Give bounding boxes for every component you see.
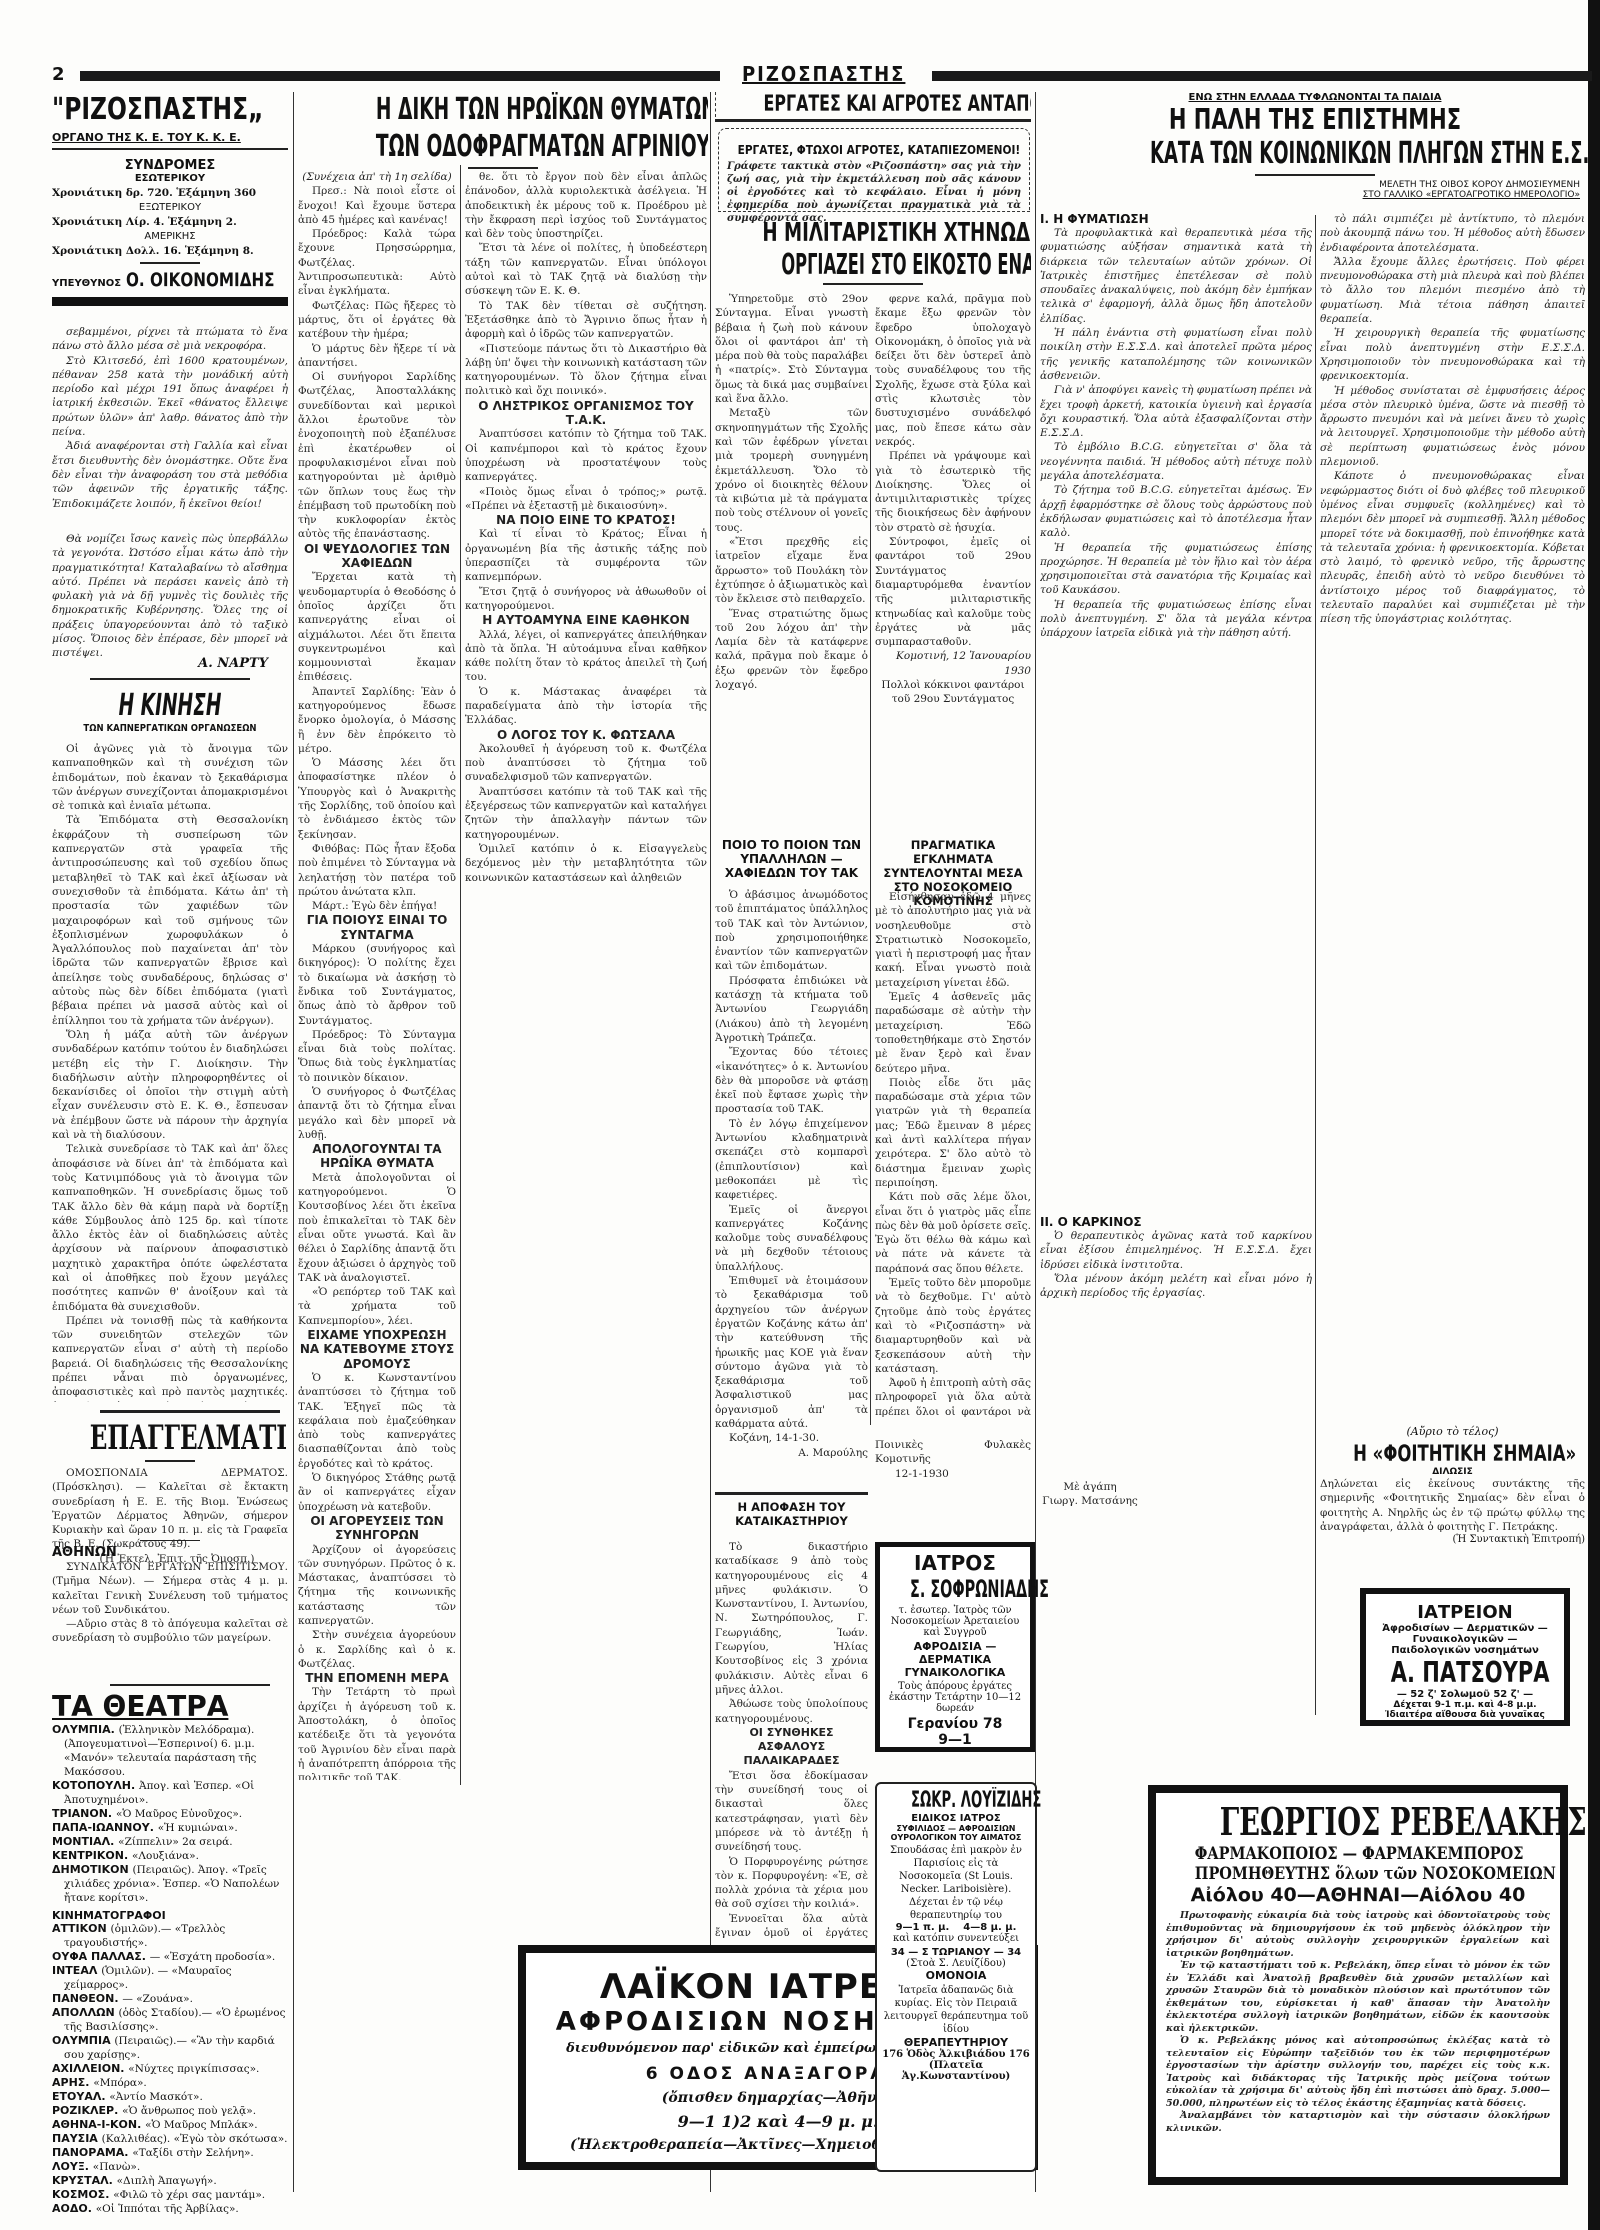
paragraph: Πρέπει νὰ τονισθῇ πὼς τὰ καθήκοντα τῶν σ… [52,1314,288,1402]
paragraph: τὸ πάλι σιμπιέζει μὲ ἀντίκτυπο, τὸ πλεμό… [1320,212,1585,255]
venue-name: ΡΟΖΙΚΛΕΡ. [52,2104,122,2117]
paragraph: Ἡ χειρουργικὴ θεραπεία τῆς φυματίωσης εἶ… [1320,326,1585,383]
paragraph: Ἀναλαμβάνει τὸν καταρτισμὸν καὶ τὴν σύστ… [1166,2110,1550,2135]
venue-name: ΕΤΟΥΑΛ. [52,2090,109,2103]
paragraph: Ἡ θεραπεία τῆς φυματιώσεως ἐπίσης προχώρ… [1040,541,1312,598]
venue-program: «Ὁ Μαῦρος Μπλάκ». [145,2119,257,2131]
paragraph: Ὁ Πορφυρογένης ρώτησε τὸν κ. Πορφυρογένη… [715,1855,868,1912]
venue-name: ΜΟΝΤΙΑΛ. [52,1835,118,1848]
paragraph: Ὁ κ. Ρεβελάκης μόνος καὶ αὐτοπροσώπως ἐκ… [1166,2035,1550,2110]
subheading: ΟΙ ΣΥΝΘΗΚΕΣ ΑΣΦΑΛΟΥΣ ΠΑΛΑΙΚΑΡΑΔΕΣ [715,1726,868,1769]
paragraph: Ἀρχίζουν οἱ ἀγορεύσεις τῶν συνηγόρων. Πρ… [298,1543,456,1629]
venue-name: ΔΗΜΟΤΙΚΟΝ [52,1863,133,1876]
listing-item: ΠΑΝΟΡΑΜΑ. «Ταξίδι στὴν Σελήνη». [52,2146,288,2160]
ad-specialty: ΟΥΡΟΛΟΓΙΚΟΝ ΤΟΥ ΑΙΜΑΤΟΣ [881,1833,1031,1842]
venue-name: ΟΛΥΜΠΙΑ. [52,1723,119,1736]
paragraph: Οἱ συνήγοροι Σαρλίδης Φωτζέλας, Ἀποσταλλ… [298,370,456,542]
subheading: Ο ΛΟΓΟΣ ΤΟΥ Κ. ΦΩΤΣΑΛΑ [465,728,707,742]
america-price: Χρονιάτικη Δολλ. 16. Ἑξάμηνη 8. [52,245,288,257]
rule [110,1684,270,1686]
venue-name: ΠΑΝΟΡΑΜΑ. [52,2146,132,2159]
subscriptions-heading: ΣΥΝΔΡΟΜΕΣ [52,158,288,173]
subheading: ΤΗΝ ΕΠΟΜΕΝΗ ΜΕΡΑ [298,1671,456,1685]
theatre-list: ΟΛΥΜΠΙΑ. (Ἑλληνικὸν Μελόδραμα). (Ἀπογευμ… [52,1723,288,1905]
science-col-1: Ι. Η ΦΥΜΑΤΙΩΣΗ Τὰ προφυλακτικὰ καὶ θεραπ… [1040,212,1312,1222]
signature: Γιωργ. Ματσάνης [1030,1494,1150,1508]
foreign-label: ΕΞΩΤΕΡΙΚΟΥ [52,202,288,213]
ad-address: 34 — Σ ΤΩΡΙΑΝΟΥ — 34 [881,1947,1031,1958]
venue-program: «Οἱ Ἱππόται τῆς Ἀρβίλας». [96,2203,239,2215]
ad-clinic-area: (Πλατεῖα Ἁγ.Κωνσταντίνου) [881,2060,1031,2082]
paragraph: Οἱ ἀγῶνες γιὰ τὸ ἄνοιγμα τῶν καπναποθηκῶ… [52,742,288,813]
venue-program: «Λουξιάνα». [132,1850,199,1862]
paragraph: θε. ὅτι τὸ ἔργον ποὺ δὲν εἶναι ἁπλῶς ἐπά… [465,170,707,241]
colophon: "ΡΙΖΟΣΠΑΣΤΗΣ„ ΟΡΓΑΝΟ ΤΗΣ Κ. Ε. ΤΟΥ Κ. Κ.… [52,92,288,306]
listing-item: ΠΑΠΑ-ΙΩΑΝΝΟΥ. «Ἡ κυμιώναι». [52,1821,288,1835]
movement-header: Η ΚΙΝΗΣΗ ΤΩΝ ΚΑΠΝΕΡΓΑΤΙΚΩΝ ΟΡΓΑΝΩΣΕΩΝ [52,688,288,734]
masthead-bar-left [80,71,720,81]
venue-program: «Νύχτες πριγκίπισσας». [128,2063,259,2075]
paragraph: Στὸ Κλιτσεδό, ἐπὶ 1600 κρατουμένων, πέθα… [52,354,288,440]
listing-item: ΚΟΤΟΠΟΥΛΗ. Ἀπογ. καὶ Ἑσπερ. «Οἱ Ἀποτυχημ… [52,1779,288,1807]
paragraph: Τὸ ζήτημα τοῦ B.C.G. εὐηγετεῖται ἀμέσως.… [1040,483,1312,540]
science-kicker: ΕΝΩ ΣΤΗΝ ΕΛΛΑΔΑ ΤΥΦΛΩΝΟΝΤΑΙ ΤΑ ΠΑΙΔΙΑ [1040,92,1590,103]
science-section-heading: ΙΙ. Ο ΚΑΡΚΙΝΟΣ [1040,1215,1312,1229]
science-col-1b: ΙΙ. Ο ΚΑΡΚΙΝΟΣ Ὁ θεραπευτικὸς ἀγῶνας κατ… [1040,1215,1312,1365]
ad-label: ΙΑΤΡΕΙΟΝ [1366,1602,1564,1623]
professional-section: ΕΠΑΓΓΕΛΜΑΤΙΚΑ ΟΜΟΣΠΟΝΔΙΑ ΔΕΡΜΑΤΟΣ. (Πρόσ… [52,1418,288,1655]
paragraph: Ἡ θεραπεία τῆς φυματιώσεως ἐπίσης εἶναι … [1040,598,1312,641]
rule [715,119,1031,122]
article-movement-body: Οἱ ἀγῶνες γιὰ τὸ ἄνοιγμα τῶν καπναποθηκῶ… [52,742,288,1402]
rule [90,678,250,680]
paragraph: Τὰ προφυλακτικὰ καὶ θεραπευτικὰ μέσα τῆς… [1040,226,1312,326]
paragraph: Τὸ ἐμβόλιο B.C.G. εὐηγετεῖται σ' ὅλα τὰ … [1040,440,1312,483]
venue-name: ΑΧΙΛΛΕΙΟΝ. [52,2062,128,2075]
venue-program: — «Ζουάνα». [122,1993,193,2005]
venue-program: «Ζίππελιν» 2α σειρά. [118,1836,232,1848]
subheading: ΝΑ ΠΟΙΟ ΕΙΝΕ ΤΟ ΚΡΑΤΟΣ! [465,513,707,527]
column-rule [1315,215,1316,1715]
ad-desc: τ. ἐσωτερ. Ἰατρὸς τῶν Νοσοκομείων Ἀρεται… [880,1603,1030,1640]
venue-name: ΟΛΥΜΠΙΑ [52,2034,114,2047]
listing-item: ΟΛΥΜΠΙΑ (Πειραιῶς).— «Ἂν τὴν καρδιά σου … [52,2034,288,2062]
science-section-heading: Ι. Η ΦΥΜΑΤΙΩΣΗ [1040,212,1312,226]
paragraph: Τὸ ἐν λόγῳ ἐπιχείμενον Ἀντωνίου κλαδηματ… [715,1117,868,1203]
listing-item: ΔΗΜΟΤΙΚΟΝ (Πειραιῶς). Ἀπογ. «Τρεῖς χιλιά… [52,1863,288,1905]
ad-title: ΦΑΡΜΑΚΟΠΟΙΟΣ — ΦΑΡΜΑΚΕΜΠΟΡΟΣ [1195,1844,1521,1864]
trial-header: Η ΔΙΚΗ ΤΩΝ ΗΡΩΪΚΩΝ ΘΥΜΑΤΩΝ ΤΩΝ ΟΔΟΦΡΑΓΜΑ… [298,92,708,169]
paragraph: Ὑπηρετοῦμε στὸ 29ον Σύνταγμα. Εἶναι γνωσ… [715,292,868,406]
paragraph: Ἀδιά αναφέρονται στὴ Γαλλία καὶ εἶναι ἔτ… [52,439,288,510]
ad-pharmacist-name: ΓΕΩΡΓΙΟΣ ΡΕΒΕΛΑΚΗΣ [1220,1799,1496,1844]
ad-title: ΠΡΟΜΗΘΕΥΤΗΣ ὅλων τῶν ΝΟΣΟΚΟΜΕΙΩΝ [1195,1864,1521,1884]
correspondents-callout: ΕΡΓΑΤΕΣ, ΦΤΩΧΟΙ ΑΓΡΟΤΕΣ, ΚΑΤΑΠΙΕΖΟΜΕΝΟΙ!… [718,128,1030,212]
paragraph: Γιὰ ν' ἀποφύγει κανεὶς τὴ φυματίωση πρέπ… [1040,383,1312,440]
paragraph: Τὴν Τετάρτη τὸ πρωὶ ἀρχίζει ἡ ἀγόρευση τ… [298,1685,456,1780]
ad-louizidis: ΣΩΚΡ. ΛΟΥΪΖΙΔΗΣ ΕΙΔΙΚΟΣ ΙΑΤΡΟΣ ΣΥΦΙΛΙΔΟΣ… [875,1782,1037,2172]
paragraph: Πρωτοφανὴς εὐκαιρία διὰ τοὺς ἰατροὺς καὶ… [1166,1910,1550,1960]
page-number: 2 [52,64,65,85]
venue-name: ΑΡΗΣ. [52,2076,93,2089]
place: Ποινικὲς Φυλακὲς Κομοτινῆς [875,1438,1031,1467]
venue-name: ΑΠΟΛΛΩΝ [52,2006,118,2019]
ad-address: — 52 ζ' Σολωμοῦ 52 ζ' — [1366,1689,1564,1700]
science-header: ΕΝΩ ΣΤΗΝ ΕΛΛΑΔΑ ΤΥΦΛΩΝΟΝΤΑΙ ΤΑ ΠΑΙΔΙΑ Η … [1040,92,1590,200]
military-col-1: Ὑπηρετοῦμε στὸ 29ον Σύνταγμα. Εἶναι γνωσ… [715,292,868,832]
paragraph: ΟΜΟΣΠΟΝΔΙΑ ΔΕΡΜΑΤΟΣ. (Πρόσκλησι). — Καλε… [52,1466,288,1552]
paragraph: Ἔχοντας δύο τέτοιες «ἱκανότητες» ὁ κ. Ἀν… [715,1045,868,1116]
professional-headline: ΕΠΑΓΓΕΛΜΑΤΙΚΑ [90,1418,250,1458]
paragraph: Εἰσήχθησαν ἐδῶ 4 μῆνες μὲ τὸ ἀπολυτήριο … [875,890,1031,990]
domestic-label: ΕΣΩΤΕΡΙΚΟΥ [52,173,288,184]
paragraph: Τὸ δικαστήριο καταδίκασε 9 ἀπὸ τοὺς κατη… [715,1540,868,1697]
column-rule [460,165,461,1785]
movement-subheadline: ΤΩΝ ΚΑΠΝΕΡΓΑΤΙΚΩΝ ΟΡΓΑΝΩΣΕΩΝ [70,723,271,734]
paragraph: Ὁ συνήγορος ὁ Φωτζέλας ἀπαντᾷ ὅτι τὸ ζήτ… [298,1085,456,1142]
venue-name: ΠΑΝΘΕΟΝ. [52,1992,122,2005]
listing-item: ΙΝΤΕΑΛ (Ὁμιλῶν). — «Μαυραῖος χείμαρρος». [52,1964,288,1992]
paragraph: Ἐννοεῖται ὅλα αὐτὰ ἔγιναν ὁμοῦ οἱ ἐργάτε… [715,1912,868,1940]
paragraph: Ἔτσι ὅσα ἐδοκίμασαν τὴν συνείδησή τους ο… [715,1769,868,1855]
listing-item: ΚΕΝΤΡΙΚΟΝ. «Λουξιάνα». [52,1849,288,1863]
paragraph: Ἔτσι ζητᾷ ὁ συνήγορος νὰ ἀθωωθοῦν οἱ κατ… [465,585,707,614]
foreign-price: Χρονιάτικη Λίρ. 4. Ἑξάμηνη 2. [52,216,288,228]
theatres-section: ΤΑ ΘΕΑΤΡΑ ΟΛΥΜΠΙΑ. (Ἑλληνικὸν Μελόδραμα)… [52,1690,288,2216]
ad-address: Αἰόλου 40—ΑΘΗΝΑΙ—Αἰόλου 40 [1166,1884,1550,1906]
paragraph: Ὁ δικηγόρος Στάθης ρωτᾷ ἂν οἱ καπνεργάτε… [298,1471,456,1514]
date: 12-1-1930 [875,1467,1031,1481]
paragraph: Πρόεδρος: Τὸ Σύνταγμα εἶναι διὰ τοὺς πολ… [298,1028,456,1085]
students-notice: Η «ΦΟΙΤΗΤΙΚΗ ΣΗΜΑΙΑ» ΔΙΛΩΣΙΣ Δηλώνεται ε… [1320,1442,1585,1545]
subheading: Ο ΛΗΣΤΡΙΚΟΣ ΟΡΓΑΝΙΣΜΟΣ ΤΟΥ Τ.Α.Κ. [465,399,707,428]
paragraph: Ἄλλα ἔχουμε ἄλλες ἐρωτήσεις. Ποὺ φέρει π… [1320,255,1585,326]
venue-program: — «Ἐσχάτη προδοσία». [150,1951,275,1963]
venue-program: «Φιλῶ τὸ χέρι σας μαντάμ». [113,2189,265,2201]
science-byline: ΜΕΛΕΤΗ ΤΗΣ ΟΙΒΟΣ ΚΟΡΟΥ ΔΗΜΟΣΙΕΥΜΕΝΗ [1040,180,1590,190]
subheading: ΟΙ ΑΓΟΡΕΥΣΕΙΣ ΤΩΝ ΣΥΝΗΓΟΡΩΝ [298,1514,456,1543]
paragraph: Ἀλλά, λέγει, οἱ καπνεργάτες ἀπειλήθηκαν … [465,628,707,685]
hospital-signoff: Μὲ ἀγάπη Γιωργ. Ματσάνης [1030,1480,1150,1509]
paragraph: Ὁ ἀβάσιμος ἀνωμόδοτος τοῦ ἐπιπτάματος ὑπ… [715,888,868,974]
ad-label: ΙΑΤΡΟΣ [880,1551,1030,1575]
correspondents-banner: ΕΡΓΑΤΕΣ ΚΑΙ ΑΓΡΟΤΕΣ ΑΝΤΑΠΟΚΡΙΤΕΣ [715,92,1031,122]
students-body: Δηλώνεται εἰς ἐκείνους συντάκτης τῆς σημ… [1320,1477,1585,1534]
ad-label: ΕΙΔΙΚΟΣ ΙΑΤΡΟΣ [881,1813,1031,1824]
ad-clinic-address: 176 Ὁδὸς Ἀλκιβιάδου 176 [881,2049,1031,2060]
ad-address: (Στοὰ Σ. Λευίζίδου) [881,1958,1031,1969]
paragraph: Ἀναπτύσσει κατόπιν τὰ τοῦ ΤΑΚ καὶ τῆς ἐξ… [465,785,707,842]
paragraph: Φιθόβας: Πῶς ἦταν ἔξοδα ποὺ ἐπιμένει τὸ … [298,842,456,899]
rule [140,262,200,264]
paragraph: —Αὔριο στὰς 8 τὸ ἀπόγευμα καλεῖται σὲ συ… [52,1617,288,1646]
military-headline-1: Η ΜΙΛΙΤΑΡΙΣΤΙΚΗ ΧΤΗΝΩΔΙΑ [762,218,983,248]
rule [145,1460,195,1462]
venue-name: ΙΝΤΕΑΛ [52,1964,101,1977]
paragraph: Ἐπιθυμεῖ νὰ ἑτοιμάσουν τὸ ξεκαθάρισμα το… [715,1274,868,1431]
listing-item: ΜΟΝΤΙΑΛ. «Ζίππελιν» 2α σειρά. [52,1835,288,1849]
masthead: 2 ΡΙΖΟΣΠΑΣΤΗΣ [52,66,1592,86]
paragraph: Φωτζέλας: Πῶς ἤξερες τὸ μάρτυς, ὅτι οἱ ἐ… [298,299,456,342]
paragraph: Ποιὸς εἶδε ὅτι μᾶς παραδώσαμε στὰ χέρια … [875,1076,1031,1190]
listing-item: ΑΟΔΟ. «Οἱ Ἱππόται τῆς Ἀρβίλας». [52,2202,288,2216]
ad-doctor-name: Α. ΠΑΤΣΟΥΡΑ [1391,1656,1540,1689]
venue-name: ΑΘΗΝΑ-Ι-ΚΟΝ. [52,2118,145,2131]
paragraph: Ὁμιλεῖ κατόπιν ὁ κ. Εἰσαγγελεὺς δεχόμενο… [465,842,707,885]
paragraph: Ἕνας στρατιώτης ὅμως τοῦ 2ου λόχου ἀπ' τ… [715,607,868,693]
paragraph: Τὰ Ἐπιδόματα στὴ Θεσσαλονίκη ἐκφράζουν τ… [52,813,288,1027]
athens-notices: ΣΥΝΔΙΚΑΤΟΝ ΕΡΓΑΤΩΝ ΕΠΙΣΙΤΙΣΜΟΥ. (Τμῆμα Ν… [52,1560,288,1655]
venue-program: «Ἀντίο Μασκότ». [109,2091,202,2103]
paragraph: Ὁ μάρτυς δὲν ἤξερε τί νὰ ἀπαντήσει. [298,342,456,371]
subheading: ΓΙΑ ΠΟΙΟΥΣ ΕΙΝΑΙ ΤΟ ΣΥΝΤΑΓΜΑ [298,913,456,942]
paragraph: «Ἔτσι πρεχθῆς εἰς ἰατρεῖον εἴχαμε ἕνα ἄρ… [715,535,868,606]
callout-title: ΕΡΓΑΤΕΣ, ΦΤΩΧΟΙ ΑΓΡΟΤΕΣ, ΚΑΤΑΠΙΕΖΟΜΕΝΟΙ! [738,143,1011,157]
column-rule [293,92,294,2192]
venue-program: «Ὁ ἄνθρωπος ποὺ γελᾷ». [122,2105,256,2117]
ad-note: Ἰατρεῖα ἀδαπανῶς διὰ κυρίας. Εἰς τὸν Πει… [881,1984,1031,2036]
science-headline-1: Η ΠΑΛΗ ΤΗΣ ΕΠΙΣΤΗΜΗΣ [1109,103,1522,136]
paragraph: Ὅλη ἡ μάζα αὐτὴ τῶν ἀνέργων συνδαδέρων κ… [52,1028,288,1142]
paragraph: Μάρκου (συνήγορος καὶ δικηγόρος): Ὁ πολί… [298,942,456,1028]
venue-name: ΚΟΤΟΠΟΥΛΗ. [52,1779,139,1792]
movement-headline: Η ΚΙΝΗΣΗ [97,688,243,723]
rule [823,283,923,285]
venue-name: ΠΑΥΣΙΑ [52,2132,102,2145]
paragraph: Ἐμεῖς οἱ ἄνεργοι καπνεργάτες Κοζάνης καλ… [715,1203,868,1274]
decision-section: Η ΑΠΟΦΑΣΗ ΤΟΥ ΚΑΤΑΙΚΑΣΤΗΡΙΟΥ [715,1500,868,1528]
military-col-2: φερνε καλά, πρᾶγμα ποὺ ἔκαμε ἔξω φρενῶν … [875,292,1031,832]
hospital-body: Εἰσήχθησαν ἐδῶ 4 μῆνες μὲ τὸ ἀπολυτήριο … [875,890,1031,1420]
rule [468,167,538,169]
paragraph: «Ποιὸς ὅμως εἶναι ὁ τρόπος;» ρωτᾷ. «Πρέπ… [465,485,707,514]
venue-name: ΚΕΝΤΡΙΚΟΝ. [52,1849,132,1862]
paragraph: Ἐμεῖς τοῦτο δὲν μποροῦμε νὰ τὸ δεχθοῦμε.… [875,1276,1031,1376]
narty-signature: Α. ΝΑΡΤΥ [52,656,288,671]
paragraph: Ὁ Μάσσης λέει ὅτι ἀποφασίστηκε πλέον ὁ Ὑ… [298,756,456,842]
cinemas-label: ΚΙΝΗΜΑΤΟΓΡΑΦΟΙ [52,1909,288,1922]
paragraph: Πρεσ.: Νὰ ποιοὶ εἶστε οἱ ἔνοχοι! Καὶ ἔχο… [298,184,456,227]
listing-item: ΤΡΙΑΝΟΝ. «Ὁ Μαῦρος Εὐνοῦχος». [52,1807,288,1821]
paragraph: Ὁ κ. Κωνσταντίνου ἀναπτύσσει τὸ ζήτημα τ… [298,1371,456,1471]
paragraph: Ὁ θεραπευτικὸς ἀγῶνας κατὰ τοῦ καρκίνου … [1040,1229,1312,1272]
science-headline-2: ΚΑΤΑ ΤΩΝ ΚΟΙΝΩΝΙΚΩΝ ΠΛΗΓΩΝ ΣΤΗΝ Ε.Σ.Σ.Δ. [1150,136,1480,171]
paragraph: Ἡ μέθοδος συνίσταται σὲ ἐμφυσήσεις ἀέρος… [1320,384,1585,470]
venue-program: «Πανὼ». [93,2161,140,2173]
hospital-footer: Ποινικὲς Φυλακὲς Κομοτινῆς 12-1-1930 [875,1438,1031,1481]
listing-item: ΠΑΥΣΙΑ (Καλλιθέας). «Ἐγὼ τὸν σκότωσα». [52,2132,288,2146]
science-col-2: τὸ πάλι σιμπιέζει μὲ ἀντίκτυπο, τὸ πλεμό… [1320,212,1585,1432]
paragraph: Ἀθώωσε τοὺς ὑπολοίπους κατηγορουμένους. [715,1697,868,1726]
listing-item: ΑΘΗΝΑ-Ι-ΚΟΝ. «Ὁ Μαῦρος Μπλάκ». [52,2118,288,2132]
ad-revelakis: ΓΕΩΡΓΙΟΣ ΡΕΒΕΛΑΚΗΣ ΦΑΡΜΑΚΟΠΟΙΟΣ — ΦΑΡΜΑΚ… [1148,1785,1568,2185]
ad-hours: 9—1 [880,1732,1030,1748]
theatres-headline: ΤΑ ΘΕΑΤΡΑ [52,1690,288,1723]
decision-headline: Η ΑΠΟΦΑΣΗ ΤΟΥ ΚΑΤΑΙΚΑΣΤΗΡΙΟΥ [715,1500,868,1528]
venue-name: ΠΑΠΑ-ΙΩΑΝΝΟΥ. [52,1821,158,1834]
rule [100,1410,280,1413]
ad-doctor-name: ΣΩΚΡ. ΛΟΥΪΖΙΔΗΣ [911,1788,1001,1813]
venue-program: (Καλλιθέας). «Ἐγὼ τὸν σκότωσα». [102,2133,288,2145]
listing-item: ΚΟΣΜΟΣ. «Φιλῶ τὸ χέρι σας μαντάμ». [52,2188,288,2202]
ad-address: Γερανίου 78 [880,1716,1030,1732]
paragraph: Τὸ ΤΑΚ δὲν τίθεται σὲ συζήτηση. Ἐξετάσθη… [465,299,707,342]
venue-name: ΑΤΤΙΚΟΝ [52,1922,111,1935]
article-narty: σεβαμμένοι, ρίχνει τὰ πτώματα τὸ ἕνα πάν… [52,325,288,535]
listing-item: ΟΛΥΜΠΙΑ. (Ἑλληνικὸν Μελόδραμα). (Ἀπογευμ… [52,1723,288,1779]
paragraph: Ἡ πάλη ἐνάντια στὴ φυματίωση εἶναι πολὺ … [1040,326,1312,383]
paragraph: Σύντροφοι, ἐμεῖς οἱ φαντάροι τοῦ 29ου Συ… [875,535,1031,649]
column-rule [710,92,711,2192]
paragraph: «Ὁ ρεπόρτερ τοῦ ΤΑΚ καὶ τὰ χρήματα τοῦ Κ… [298,1285,456,1328]
paragraph: Θὰ νομίζει ἴσως κανεὶς πὼς ὑπερβάλλω τὰ … [52,532,288,658]
listing-item: ΚΡΥΣΤΑΛ. «Διπλὴ Ἀπαγωγή». [52,2174,288,2188]
place-date: Κοζάνη, 14-1-30. [715,1431,868,1445]
signature: Α. Μαρούλης [715,1446,868,1460]
ad-hours: Δέχεται 9-1 π.μ. καὶ 4-8 μ.μ. [1366,1700,1564,1710]
correspondents-headline: ΕΡΓΑΤΕΣ ΚΑΙ ΑΓΡΟΤΕΣ ΑΝΤΑΠΟΚΡΙΤΕΣ [764,92,988,117]
ad-specialty: ΣΥΦΙΛΙΔΟΣ — ΑΦΡΟΔΙΣΙΩΝ [881,1824,1031,1833]
venue-program: «Ταξίδι στὴν Σελήνη». [132,2147,253,2159]
students-subheadline: ΔΙΛΩΣΙΣ [1320,1467,1585,1477]
ad-body: Σπουδάσας ἐπὶ μακρὸν ἐν Παρισίοις εἰς τὰ… [881,1844,1031,1922]
venue-name: ΟΥΦΑ ΠΑΛΛΑΣ. [52,1950,150,1963]
trial-headline-2: ΤΩΝ ΟΔΟΦΡΑΓΜΑΤΩΝ ΑΓΡΙΝΙΟΥ ΣΤΗΝ ΠΑΤΡΑ [376,129,630,164]
ad-specialty: ΑΦΡΟΔΙΣΙΑ — ΔΕΡΜΑΤΙΚΑ [880,1640,1030,1666]
venue-name: ΛΟΥΞ. [52,2160,93,2173]
page-edge [1588,0,1600,2230]
paragraph: φερνε καλά, πρᾶγμα ποὺ ἔκαμε ἔξω φρενῶν … [875,292,1031,449]
venue-program: «Διπλὴ Ἀπαγωγή». [117,2175,217,2187]
masthead-bar-right [932,71,1592,81]
rule [715,1492,868,1495]
ad-district: ΟΜΟΝΟΙΑ [881,1969,1031,1982]
domestic-price: Χρονιάτικη δρ. 720. Ἑξάμηνη 360 [52,187,288,199]
newspaper-page: 2 ΡΙΖΟΣΠΑΣΤΗΣ "ΡΙΖΟΣΠΑΣΤΗΣ„ ΟΡΓΑΝΟ ΤΗΣ Κ… [0,0,1600,2230]
paragraph: Ἀκολουθεῖ ἡ ἀγόρευση τοῦ κ. Φωτζέλα ποὺ … [465,742,707,785]
listing-item: ΑΡΗΣ. «Μπόρα». [52,2076,288,2090]
paragraph: Πρέπει νὰ γράψουμε καὶ γιὰ τὸ ἐσωτερικὸ … [875,449,1031,535]
paragraph: Ὁ κ. Μάστακας ἀναφέρει τὰ παραδείγματα ἀ… [465,685,707,728]
colophon-subtitle: ΟΡΓΑΝΟ ΤΗΣ Κ. Ε. ΤΟΥ Κ. Κ. Ε. [52,131,288,144]
trial-headline-1: Η ΔΙΚΗ ΤΩΝ ΗΡΩΪΚΩΝ ΘΥΜΑΤΩΝ [376,92,630,127]
paragraph: Ἐμεῖς 4 ἀσθενεῖς μᾶς παραδώσαμε σὲ αὐτὴν… [875,990,1031,1076]
continued-note: (Συνέχεια ἀπ' τὴ 1η σελίδα) [298,170,456,184]
trial-col-2: θε. ὅτι τὸ ἔργον ποὺ δὲν εἶναι ἁπλῶς ἐπά… [465,170,707,1780]
decision-body: Τὸ δικαστήριο καταδίκασε 9 ἀπὸ τοὺς κατη… [715,1540,868,1940]
venue-program: «Μπόρα». [93,2077,146,2089]
subheading: ΑΠΟΛΟΓΟΥΝΤΑΙ ΤΑ ΗΡΩΪΚΑ ΘΥΜΑΤΑ [298,1142,456,1171]
editor-label: ΥΠΕΥΘΥΝΟΣ [52,278,121,289]
paragraph: Μεταξὺ τῶν σκηνοπηγμάτων τῆς Σχολῆς καὶ … [715,406,868,535]
editor-line: ΥΠΕΥΘΥΝΟΣ Ο. ΟΙΚΟΝΟΜΙΔΗΣ [52,269,288,291]
paragraph: Μάρτ.: Ἐγὼ δὲν ἐπήγα! [298,899,456,913]
listing-item: ΡΟΖΙΚΛΕΡ. «Ὁ ἄνθρωπος ποὺ γελᾷ». [52,2104,288,2118]
ad-desc: Ἀφροδισίων — Δερματικῶν — Γυναικολογικῶν… [1366,1623,1564,1656]
ad-sofroniadis: ΙΑΤΡΟΣ Σ. ΣΟΦΡΩΝΙΑΔΗΣ τ. ἐσωτερ. Ἰατρὸς … [875,1542,1035,1752]
ad-note: Ἰδιαιτέρα αἴθουσα διὰ γυναῖκας [1366,1710,1564,1720]
listing-item: ΑΤΤΙΚΟΝ (ὁμιλῶν).— «Τρελλὸς τραγουδιστής… [52,1922,288,1950]
article-narty-end: Θὰ νομίζει ἴσως κανεὶς πὼς ὑπερβάλλω τὰ … [52,532,288,658]
cinema-list: ΑΤΤΙΚΟΝ (ὁμιλῶν).— «Τρελλὸς τραγουδιστής… [52,1922,288,2216]
paragraph: Πρόσφατα ἐπιδιώκει νὰ κατάσχῃ τὰ κτήματα… [715,974,868,1045]
place-date: Κομοτινή, 12 Ἰανουαρίου 1930 [875,649,1031,678]
thick-rule [52,297,288,306]
venue-name: ΑΟΔΟ. [52,2202,96,2215]
military-headline-2: ΟΡΓΙΑΖΕΙ ΣΤΟ ΕΙΚΟΣΤΟ ΕΝΑΤΟ ΣΥΝΤΑΓΜΑ [781,248,964,281]
ad-patsoura: ΙΑΤΡΕΙΟΝ Ἀφροδισίων — Δερματικῶν — Γυναι… [1360,1588,1570,1726]
ad-note: Τοὺς ἀπόρους ἐργάτες ἐκάστην Τετάρτην 10… [880,1679,1030,1716]
venue-name: ΤΡΙΑΝΟΝ. [52,1807,116,1820]
subheading: ΟΙ ΨΕΥΔΟΛΟΓΙΕΣ ΤΩΝ ΧΑΦΙΕΔΩΝ [298,542,456,571]
listing-item: ΑΧΙΛΛΕΙΟΝ. «Νύχτες πριγκίπισσας». [52,2062,288,2076]
students-headline: Η «ΦΟΙΤΗΤΙΚΗ ΣΗΜΑΙΑ» [1353,1442,1552,1467]
rule [1255,174,1375,176]
paragraph: Κάποτε ὁ πνευμονοθώρακας εἶναι νεφώρμαστ… [1320,469,1585,626]
venue-name: ΚΟΣΜΟΣ. [52,2188,113,2201]
paragraph: Στὴν συνέχεια ἀγορεύουν ὁ κ. Σαρλίδης κα… [298,1628,456,1671]
america-label: ΑΜΕΡΙΚΗΣ [52,231,288,242]
continued-note: (Αὔριο τὸ τέλος) [1320,1425,1585,1438]
paragraph: σεβαμμένοι, ρίχνει τὰ πτώματα τὸ ἕνα πάν… [52,325,288,354]
closing: Μὲ ἀγάπη [1030,1480,1150,1494]
listing-item: ΑΠΟΛΛΩΝ (ὁδὸς Σταδίου).— «Ὁ ἐρωμένος τῆς… [52,2006,288,2034]
ad-appointment: καὶ κατόπιν συνεντεύξει [881,1933,1031,1944]
paragraph: Ἔτσι τὰ λένε οἱ πολίτες, ἡ ὑποδεέστερη τ… [465,241,707,298]
colophon-title: "ΡΙΖΟΣΠΑΣΤΗΣ„ [52,92,236,127]
editor-name: Ο. ΟΙΚΟΝΟΜΙΔΗΣ [126,269,275,291]
paragraph: ΣΥΝΔΙΚΑΤΟΝ ΕΡΓΑΤΩΝ ΕΠΙΣΙΤΙΣΜΟΥ. (Τμῆμα Ν… [52,1560,288,1617]
subheading: Η ΑΥΤΟΑΜΥΝΑ ΕΙΝΕ ΚΑΘΗΚΟΝ [465,613,707,627]
paragraph: Ἀναπτύσσει κατόπιν τὸ ζήτημα τοῦ ΤΑΚ. Οἱ… [465,427,707,484]
who-header: ΠΟΙΟ ΤΟ ΠΟΙΟΝ ΤΩΝ ΥΠΑΛΛΗΛΩΝ — ΧΑΦΙΕΔΩΝ Τ… [715,838,868,880]
military-header: Η ΜΙΛΙΤΑΡΙΣΤΙΚΗ ΧΤΗΝΩΔΙΑ ΟΡΓΙΑΖΕΙ ΣΤΟ ΕΙ… [715,218,1031,285]
paragraph: Καὶ τί εἶναι τὸ Κράτος; Εἶναι ἡ ὀργανωμέ… [465,527,707,584]
subheading: ΕΙΧΑΜΕ ΥΠΟΧΡΕΩΣΗ ΝΑ ΚΑΤΕΒΟΥΜΕ ΣΤΟΥΣ ΔΡΟΜ… [298,1328,456,1371]
students-signature: (Ἡ Συντακτικὴ Ἐπιτροπή) [1320,1534,1585,1545]
venue-name: ΚΡΥΣΤΑΛ. [52,2174,117,2187]
paragraph: «Πιστεύομε πάντως ὅτι τὸ Δικαστήριο θὰ λ… [465,342,707,399]
who-body: Ὁ ἀβάσιμος ἀνωμόδοτος τοῦ ἐπιπτάματος ὑπ… [715,888,868,1478]
paragraph: Πρόεδρος: Καλὰ τώρα ἔχουνε Πρησσώρρημα, … [298,227,456,298]
listing-item: ΟΥΦΑ ΠΑΛΛΑΣ. — «Ἐσχάτη προδοσία». [52,1950,288,1964]
ad-doctor-name: Σ. ΣΟΦΡΩΝΙΑΔΗΣ [910,1575,1000,1603]
ad-clinic: ΘΕΡΑΠΕΥΤΗΡΙΟΥ [881,2036,1031,2049]
signature: Πολλοὶ κόκκινοι φαντάροι τοῦ 29ου Συντάγ… [875,678,1031,707]
paragraph: Μετὰ ἀπολογοῦνται οἱ κατηγορούμενοι. Ὁ Κ… [298,1171,456,1285]
listing-item: ΛΟΥΞ. «Πανὼ». [52,2160,288,2174]
paragraph: Ὅλα μένουν ἀκόμη μελέτη καὶ εἶναι μόνο ἡ… [1040,1272,1312,1301]
ad-specialty: ΓΥΝΑΙΚΟΛΟΓΙΚΑ [880,1666,1030,1679]
trial-col-1: (Συνέχεια ἀπ' τὴ 1η σελίδα) Πρεσ.: Νὰ πο… [298,170,456,1780]
who-headline: ΠΟΙΟ ΤΟ ΠΟΙΟΝ ΤΩΝ ΥΠΑΛΛΗΛΩΝ — ΧΑΦΙΕΔΩΝ Τ… [715,838,868,880]
ad-hours: 9—1 π. μ. 4—8 μ. μ. [881,1922,1031,1933]
masthead-paper-name: ΡΙΖΟΣΠΑΣΤΗΣ [742,62,905,86]
rule [52,148,288,150]
listing-item: ΠΑΝΘΕΟΝ. — «Ζουάνα». [52,1992,288,2006]
professional-notice: ΟΜΟΣΠΟΝΔΙΑ ΔΕΡΜΑΤΟΣ. (Πρόσκλησι). — Καλε… [52,1466,288,1536]
listing-item: ΕΤΟΥΑΛ. «Ἀντίο Μασκότ». [52,2090,288,2104]
paragraph: Κάτι ποὺ σᾶς λέμε ὅλοι, εἶναι ὅτι ὁ γιατ… [875,1190,1031,1276]
paragraph: Ἀπαντεῖ Σαρλίδης: Ἐὰν ὁ κατηγορούμενος ἔ… [298,685,456,756]
paragraph: Τελικὰ συνεδρίασε τὸ ΤΑΚ καὶ ἀπ' ὅλες ἀπ… [52,1142,288,1314]
paragraph: Ἔρχεται κατὰ τὴ ψευδομαρτυρία ὁ Θεοδόσης… [298,570,456,684]
science-byline: ΣΤΟ ΓΑΛΛΙΚΟ «ΕΡΓΑΤΟΑΓΡΟΤΙΚΟ ΗΜΕΡΟΛΟΓΙΟ» [1040,190,1590,200]
venue-program: «Ὁ Μαῦρος Εὐνοῦχος». [116,1808,242,1820]
column-rule [870,375,871,1425]
venue-program: «Ἡ κυμιώναι». [158,1822,238,1834]
paragraph: Ἐν τῷ καταστήματι τοῦ κ. Ρεβελάκη, ὅπερ … [1166,1960,1550,2035]
